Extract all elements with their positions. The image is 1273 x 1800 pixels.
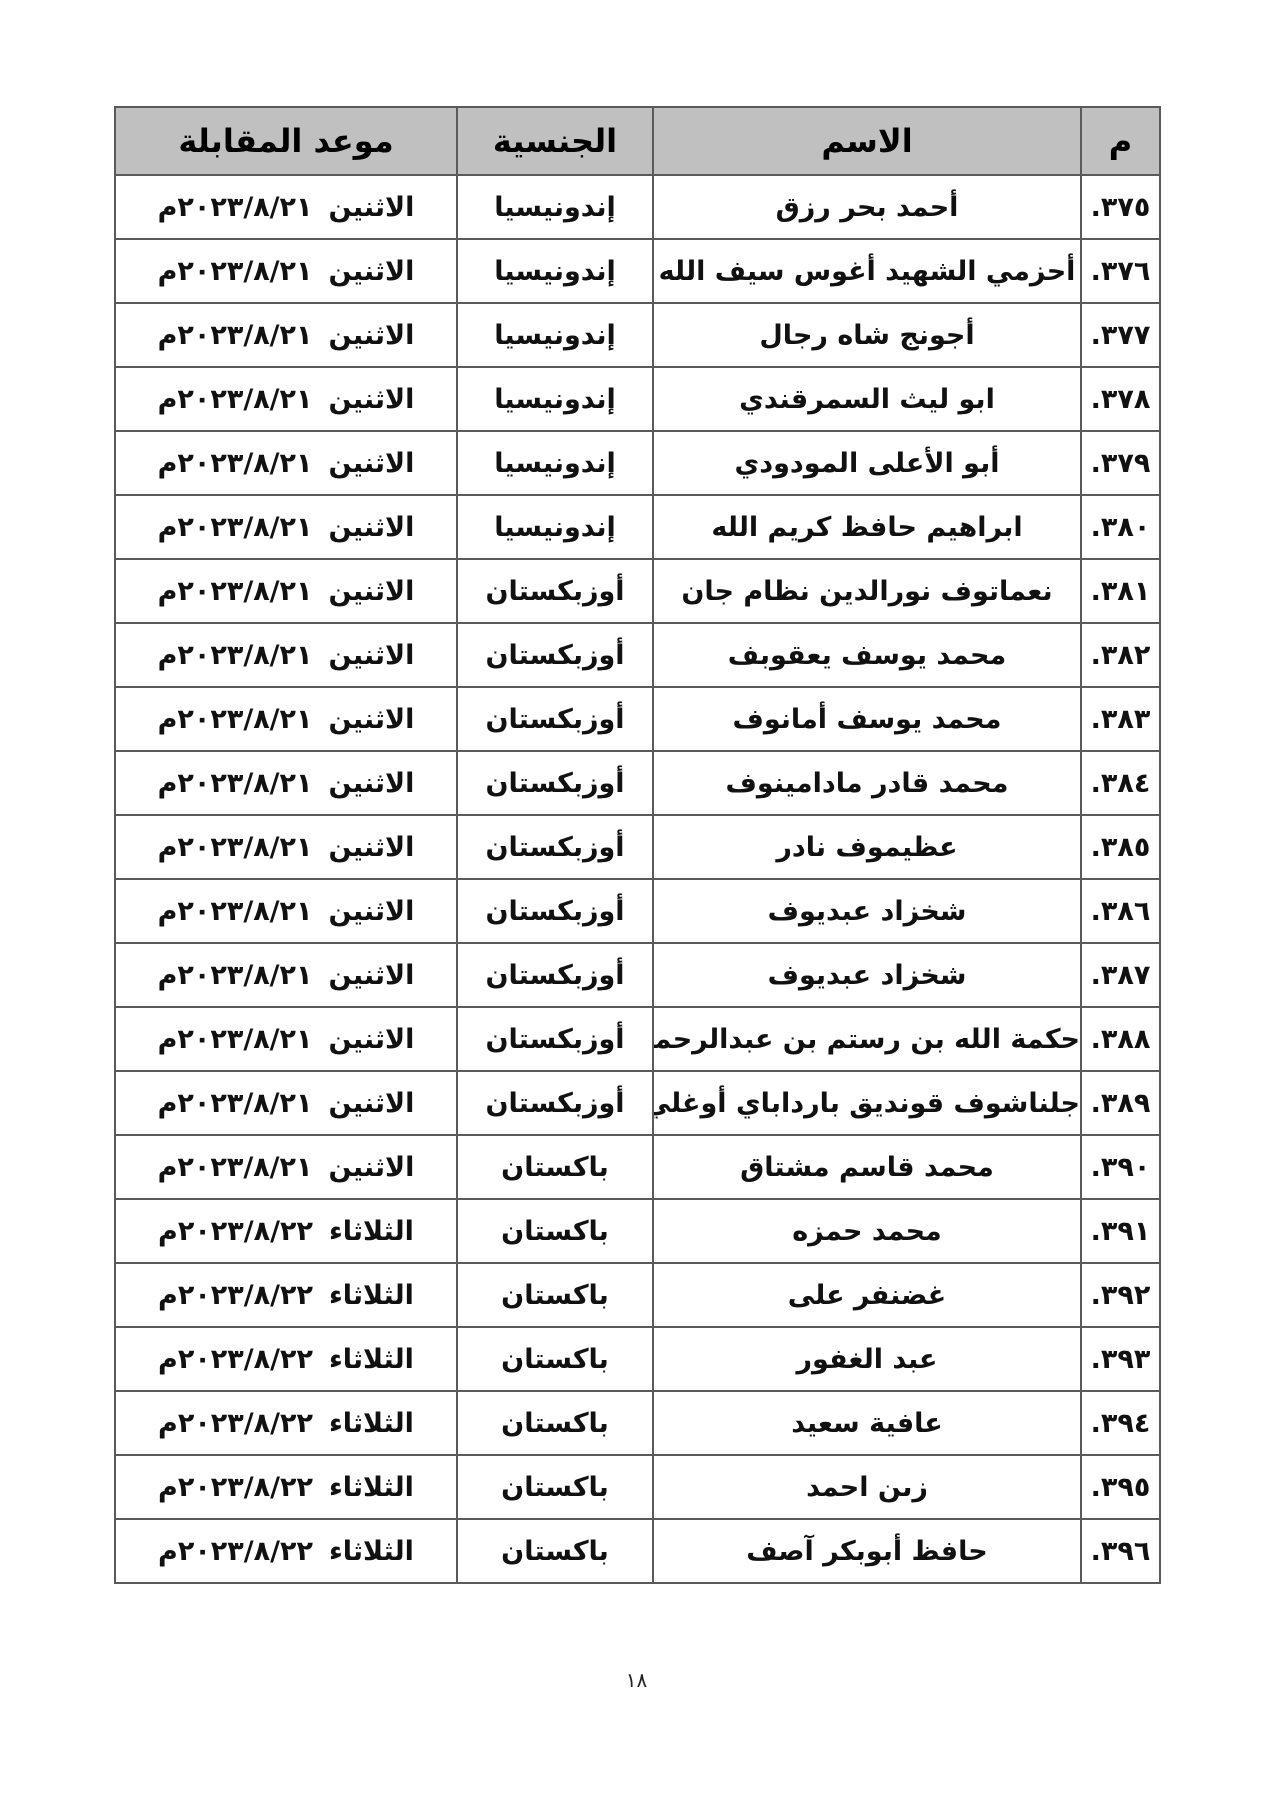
row-number: ٣٩٤. (1081, 1391, 1160, 1455)
interview-date-value: ٢٠٢٣/٨/٢٢م (158, 1344, 313, 1375)
interview-date-value: ٢٠٢٣/٨/٢١م (158, 192, 313, 223)
row-number: ٣٩٢. (1081, 1263, 1160, 1327)
interview-date: الثلاثاء٢٠٢٣/٨/٢٢م (115, 1519, 457, 1583)
table-body: ٣٧٥.أحمد بحر رزقإندونيسياالاثنين٢٠٢٣/٨/٢… (115, 175, 1160, 1583)
nationality: أوزبكستان (457, 943, 653, 1007)
person-name: نعماتوف نورالدين نظام جان (653, 559, 1081, 623)
nationality: أوزبكستان (457, 751, 653, 815)
interview-date-value: ٢٠٢٣/٨/٢١م (158, 640, 313, 671)
interview-date: الثلاثاء٢٠٢٣/٨/٢٢م (115, 1263, 457, 1327)
interview-date-value: ٢٠٢٣/٨/٢١م (158, 768, 313, 799)
interview-date: الاثنين٢٠٢٣/٨/٢١م (115, 303, 457, 367)
person-name: جلناشوف قونديق بارداباي أوغلي (653, 1071, 1081, 1135)
interview-date-value: ٢٠٢٣/٨/٢١م (158, 1024, 313, 1055)
interview-day: الاثنين (329, 640, 415, 671)
table-row: ٣٩٦.حافظ أبوبكر آصفباكستانالثلاثاء٢٠٢٣/٨… (115, 1519, 1160, 1583)
nationality: باكستان (457, 1327, 653, 1391)
row-number: ٣٧٨. (1081, 367, 1160, 431)
interview-date: الاثنين٢٠٢٣/٨/٢١م (115, 431, 457, 495)
interview-date-value: ٢٠٢٣/٨/٢٢م (158, 1408, 313, 1439)
person-name: شخزاد عبديوف (653, 879, 1081, 943)
interview-date: الاثنين٢٠٢٣/٨/٢١م (115, 367, 457, 431)
person-name: أجونج شاه رجال (653, 303, 1081, 367)
row-number: ٣٩١. (1081, 1199, 1160, 1263)
row-number: ٣٨١. (1081, 559, 1160, 623)
interview-day: الاثنين (329, 384, 415, 415)
table-row: ٣٨٥.عظيموف نادرأوزبكستانالاثنين٢٠٢٣/٨/٢١… (115, 815, 1160, 879)
interview-day: الثلاثاء (329, 1280, 414, 1311)
person-name: محمد يوسف أمانوف (653, 687, 1081, 751)
nationality: إندونيسيا (457, 367, 653, 431)
table-row: ٣٧٩.أبو الأعلى المودوديإندونيسياالاثنين٢… (115, 431, 1160, 495)
person-name: ابو ليث السمرقندي (653, 367, 1081, 431)
person-name: زىن احمد (653, 1455, 1081, 1519)
table-row: ٣٧٦.أحزمي الشهيد أغوس سيف اللهإندونيسياا… (115, 239, 1160, 303)
interview-date: الاثنين٢٠٢٣/٨/٢١م (115, 879, 457, 943)
row-number: ٣٨٨. (1081, 1007, 1160, 1071)
interview-day: الاثنين (329, 896, 415, 927)
interview-day: الاثنين (329, 960, 415, 991)
interview-day: الاثنين (329, 768, 415, 799)
interview-date: الاثنين٢٠٢٣/٨/٢١م (115, 175, 457, 239)
person-name: حكمة الله بن رستم بن عبدالرحمن (653, 1007, 1081, 1071)
row-number: ٣٩٦. (1081, 1519, 1160, 1583)
interview-date: الاثنين٢٠٢٣/٨/٢١م (115, 1071, 457, 1135)
table-row: ٣٨٦.شخزاد عبديوفأوزبكستانالاثنين٢٠٢٣/٨/٢… (115, 879, 1160, 943)
row-number: ٣٨٦. (1081, 879, 1160, 943)
interview-date: الاثنين٢٠٢٣/٨/٢١م (115, 1007, 457, 1071)
nationality: أوزبكستان (457, 1071, 653, 1135)
interview-day: الاثنين (329, 1088, 415, 1119)
row-number: ٣٨٠. (1081, 495, 1160, 559)
interview-date: الاثنين٢٠٢٣/٨/٢١م (115, 623, 457, 687)
nationality: أوزبكستان (457, 879, 653, 943)
nationality: أوزبكستان (457, 1007, 653, 1071)
nationality: إندونيسيا (457, 175, 653, 239)
row-number: ٣٧٩. (1081, 431, 1160, 495)
person-name: عافية سعيد (653, 1391, 1081, 1455)
nationality: أوزبكستان (457, 623, 653, 687)
table-row: ٣٨٠.ابراهيم حافظ كريم اللهإندونيسياالاثن… (115, 495, 1160, 559)
table-header: م الاسم الجنسية موعد المقابلة (115, 107, 1160, 175)
person-name: محمد قاسم مشتاق (653, 1135, 1081, 1199)
person-name: عظيموف نادر (653, 815, 1081, 879)
nationality: إندونيسيا (457, 431, 653, 495)
interview-day: الاثنين (329, 256, 415, 287)
row-number: ٣٨٥. (1081, 815, 1160, 879)
interview-day: الاثنين (329, 576, 415, 607)
table-row: ٣٨٣.محمد يوسف أمانوفأوزبكستانالاثنين٢٠٢٣… (115, 687, 1160, 751)
person-name: محمد يوسف يعقوبف (653, 623, 1081, 687)
nationality: باكستان (457, 1391, 653, 1455)
interview-day: الثلاثاء (329, 1344, 414, 1375)
row-number: ٣٨٢. (1081, 623, 1160, 687)
interview-date-value: ٢٠٢٣/٨/٢١م (158, 1152, 313, 1183)
person-name: أحمد بحر رزق (653, 175, 1081, 239)
person-name: عبد الغفور (653, 1327, 1081, 1391)
interview-date-value: ٢٠٢٣/٨/٢١م (158, 896, 313, 927)
interview-date-value: ٢٠٢٣/٨/٢١م (158, 1088, 313, 1119)
header-row: م الاسم الجنسية موعد المقابلة (115, 107, 1160, 175)
row-number: ٣٧٦. (1081, 239, 1160, 303)
interview-date: الاثنين٢٠٢٣/٨/٢١م (115, 495, 457, 559)
table-row: ٣٨٨.حكمة الله بن رستم بن عبدالرحمنأوزبكس… (115, 1007, 1160, 1071)
interview-date: الاثنين٢٠٢٣/٨/٢١م (115, 687, 457, 751)
interview-day: الاثنين (329, 192, 415, 223)
interview-date-value: ٢٠٢٣/٨/٢١م (158, 448, 313, 479)
table-row: ٣٧٨.ابو ليث السمرقنديإندونيسياالاثنين٢٠٢… (115, 367, 1160, 431)
interview-date: الاثنين٢٠٢٣/٨/٢١م (115, 1135, 457, 1199)
person-name: محمد حمزه (653, 1199, 1081, 1263)
person-name: محمد قادر مادامينوف (653, 751, 1081, 815)
person-name: أحزمي الشهيد أغوس سيف الله (653, 239, 1081, 303)
interview-date-value: ٢٠٢٣/٨/٢٢م (158, 1216, 313, 1247)
nationality: إندونيسيا (457, 239, 653, 303)
row-number: ٣٩٥. (1081, 1455, 1160, 1519)
interview-day: الاثنين (329, 704, 415, 735)
interview-date-value: ٢٠٢٣/٨/٢٢م (158, 1280, 313, 1311)
column-header-number: م (1081, 107, 1160, 175)
nationality: أوزبكستان (457, 559, 653, 623)
interview-schedule-table: م الاسم الجنسية موعد المقابلة ٣٧٥.أحمد ب… (114, 106, 1161, 1584)
person-name: ابراهيم حافظ كريم الله (653, 495, 1081, 559)
table-row: ٣٨١.نعماتوف نورالدين نظام جانأوزبكستانال… (115, 559, 1160, 623)
interview-date: الاثنين٢٠٢٣/٨/٢١م (115, 815, 457, 879)
nationality: باكستان (457, 1135, 653, 1199)
table-row: ٣٩٥.زىن احمدباكستانالثلاثاء٢٠٢٣/٨/٢٢م (115, 1455, 1160, 1519)
row-number: ٣٧٧. (1081, 303, 1160, 367)
interview-date-value: ٢٠٢٣/٨/٢١م (158, 320, 313, 351)
row-number: ٣٩٠. (1081, 1135, 1160, 1199)
row-number: ٣٨٤. (1081, 751, 1160, 815)
interview-day: الاثنين (329, 1152, 415, 1183)
table-row: ٣٩٠.محمد قاسم مشتاقباكستانالاثنين٢٠٢٣/٨/… (115, 1135, 1160, 1199)
column-header-name: الاسم (653, 107, 1081, 175)
interview-date-value: ٢٠٢٣/٨/٢١م (158, 960, 313, 991)
interview-date: الثلاثاء٢٠٢٣/٨/٢٢م (115, 1391, 457, 1455)
table-row: ٣٨٤.محمد قادر مادامينوفأوزبكستانالاثنين٢… (115, 751, 1160, 815)
interview-day: الثلاثاء (329, 1216, 414, 1247)
interview-date-value: ٢٠٢٣/٨/٢١م (158, 576, 313, 607)
table-row: ٣٩٣.عبد الغفورباكستانالثلاثاء٢٠٢٣/٨/٢٢م (115, 1327, 1160, 1391)
person-name: غضنفر على (653, 1263, 1081, 1327)
table-row: ٣٩٢.غضنفر علىباكستانالثلاثاء٢٠٢٣/٨/٢٢م (115, 1263, 1160, 1327)
interview-date-value: ٢٠٢٣/٨/٢١م (158, 512, 313, 543)
table-row: ٣٩١.محمد حمزهباكستانالثلاثاء٢٠٢٣/٨/٢٢م (115, 1199, 1160, 1263)
interview-day: الثلاثاء (329, 1472, 414, 1503)
row-number: ٣٨٩. (1081, 1071, 1160, 1135)
interview-date-value: ٢٠٢٣/٨/٢١م (158, 832, 313, 863)
interview-date-value: ٢٠٢٣/٨/٢١م (158, 704, 313, 735)
row-number: ٣٩٣. (1081, 1327, 1160, 1391)
table-row: ٣٨٩.جلناشوف قونديق بارداباي أوغليأوزبكست… (115, 1071, 1160, 1135)
nationality: باكستان (457, 1263, 653, 1327)
nationality: أوزبكستان (457, 687, 653, 751)
interview-date: الاثنين٢٠٢٣/٨/٢١م (115, 943, 457, 1007)
interview-date-value: ٢٠٢٣/٨/٢٢م (158, 1472, 313, 1503)
interview-day: الاثنين (329, 832, 415, 863)
document-page: م الاسم الجنسية موعد المقابلة ٣٧٥.أحمد ب… (0, 0, 1273, 1800)
row-number: ٣٨٧. (1081, 943, 1160, 1007)
interview-date: الثلاثاء٢٠٢٣/٨/٢٢م (115, 1327, 457, 1391)
row-number: ٣٧٥. (1081, 175, 1160, 239)
interview-date: الاثنين٢٠٢٣/٨/٢١م (115, 559, 457, 623)
table-row: ٣٨٢.محمد يوسف يعقوبفأوزبكستانالاثنين٢٠٢٣… (115, 623, 1160, 687)
interview-date: الثلاثاء٢٠٢٣/٨/٢٢م (115, 1455, 457, 1519)
interview-day: الاثنين (329, 320, 415, 351)
interview-day: الثلاثاء (329, 1408, 414, 1439)
interview-date: الاثنين٢٠٢٣/٨/٢١م (115, 751, 457, 815)
nationality: باكستان (457, 1455, 653, 1519)
interview-date-value: ٢٠٢٣/٨/٢٢م (158, 1536, 313, 1567)
page-number: ١٨ (0, 1668, 1273, 1692)
column-header-interview-date: موعد المقابلة (115, 107, 457, 175)
interview-date: الاثنين٢٠٢٣/٨/٢١م (115, 239, 457, 303)
table-row: ٣٨٧.شخزاد عبديوفأوزبكستانالاثنين٢٠٢٣/٨/٢… (115, 943, 1160, 1007)
row-number: ٣٨٣. (1081, 687, 1160, 751)
interview-day: الاثنين (329, 448, 415, 479)
interview-date: الثلاثاء٢٠٢٣/٨/٢٢م (115, 1199, 457, 1263)
interview-day: الثلاثاء (329, 1536, 414, 1567)
nationality: إندونيسيا (457, 495, 653, 559)
column-header-nationality: الجنسية (457, 107, 653, 175)
nationality: باكستان (457, 1199, 653, 1263)
table-row: ٣٧٧.أجونج شاه رجالإندونيسياالاثنين٢٠٢٣/٨… (115, 303, 1160, 367)
nationality: باكستان (457, 1519, 653, 1583)
interview-day: الاثنين (329, 512, 415, 543)
table-row: ٣٧٥.أحمد بحر رزقإندونيسياالاثنين٢٠٢٣/٨/٢… (115, 175, 1160, 239)
person-name: حافظ أبوبكر آصف (653, 1519, 1081, 1583)
nationality: أوزبكستان (457, 815, 653, 879)
interview-date-value: ٢٠٢٣/٨/٢١م (158, 384, 313, 415)
table-row: ٣٩٤.عافية سعيدباكستانالثلاثاء٢٠٢٣/٨/٢٢م (115, 1391, 1160, 1455)
interview-day: الاثنين (329, 1024, 415, 1055)
person-name: شخزاد عبديوف (653, 943, 1081, 1007)
interview-date-value: ٢٠٢٣/٨/٢١م (158, 256, 313, 287)
nationality: إندونيسيا (457, 303, 653, 367)
person-name: أبو الأعلى المودودي (653, 431, 1081, 495)
